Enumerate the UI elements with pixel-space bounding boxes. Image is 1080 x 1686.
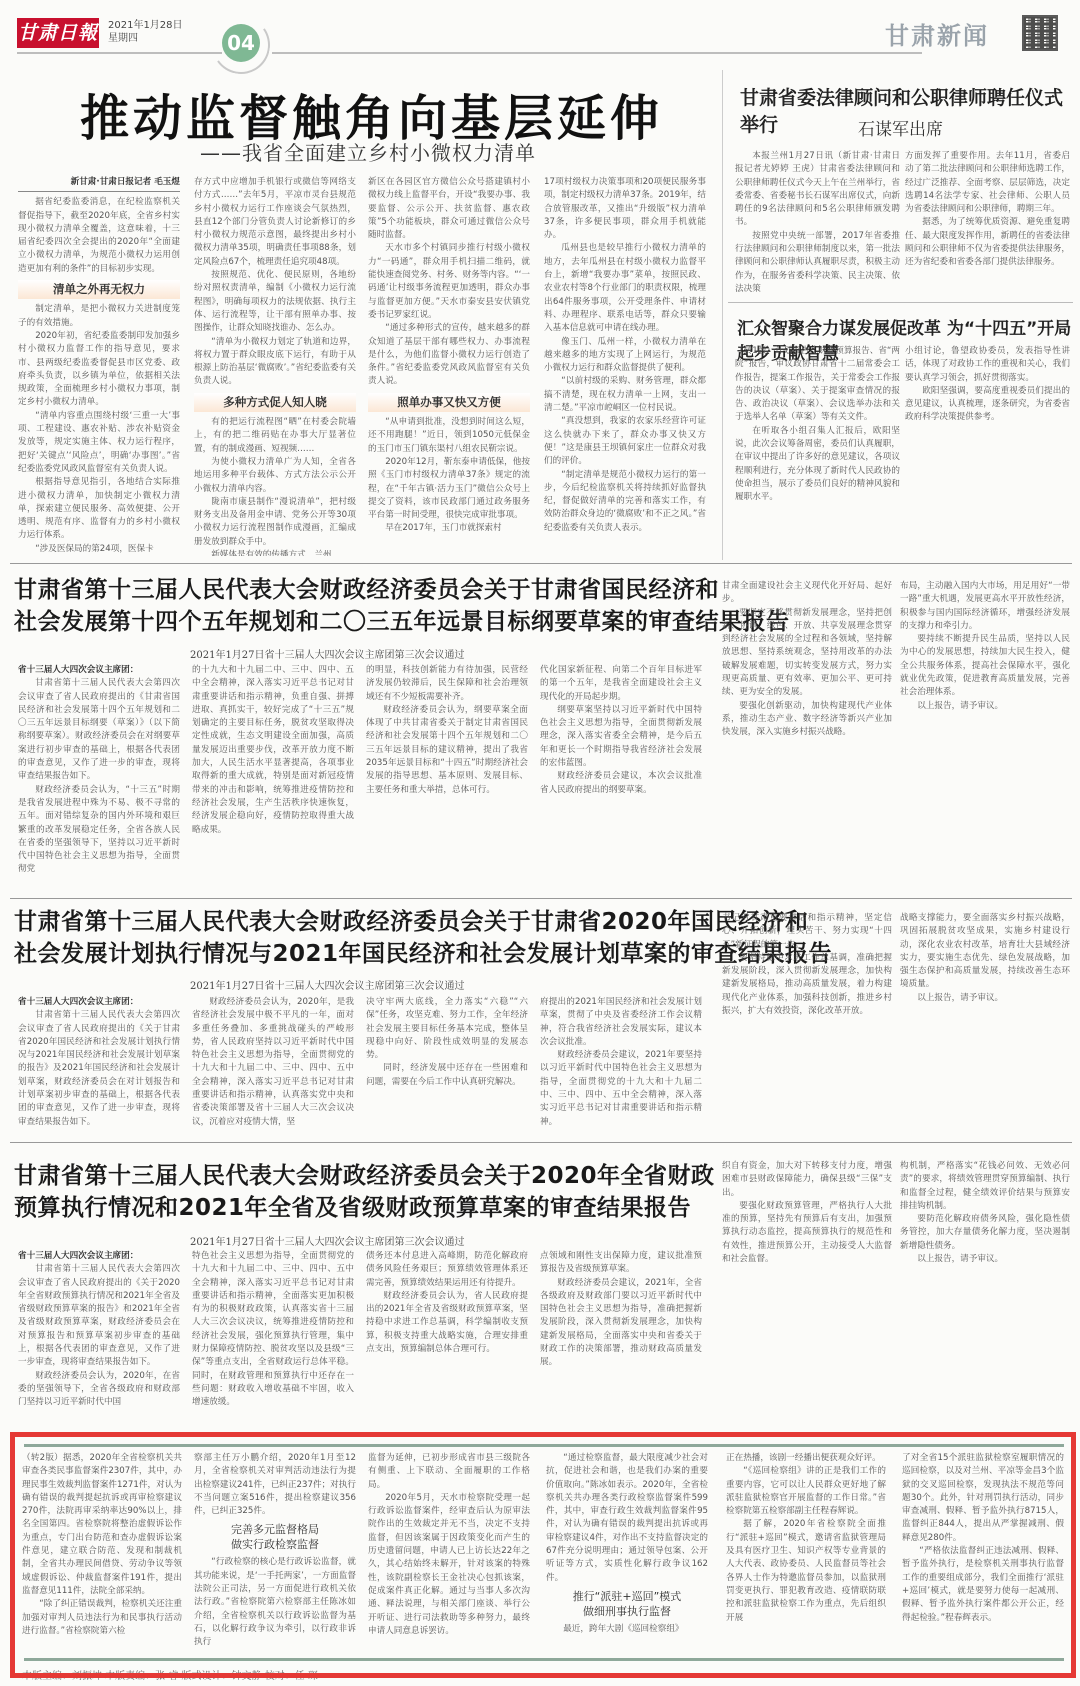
report-3-passed-note: 2021年1月27日省十三届人大四次会议主席团第三次会议通过 (190, 1233, 465, 1248)
section-title: 甘肃新闻 (885, 16, 989, 51)
paragraph: 据省纪委监委消息，在纪检监察机关督促指导下，截至2020年底，全省乡村实现小微权… (18, 196, 180, 276)
paragraph: 按照规范、优化、便民原则，各地纷纷对照权责清单，编制《小微权力运行流程图》，明确… (194, 269, 356, 335)
paragraph: 特色社会主义思想为指导，全面贯彻党的十九大和十九届二中、三中、四中、五中全会精神… (192, 1250, 354, 1410)
report-3-column-5: 织自有资金，加大对下转移支付力度，增强困难市县财政保障能力，确保县级“三保”支出… (722, 1160, 892, 1420)
paragraph: 甘肃省第十三届人民代表大会第四次会议审查了省人民政府提出的《甘肃省国民经济和社会… (18, 677, 180, 783)
report-1-headline: 甘肃省第十三届人民代表大会财政经济委员会关于甘肃省国民经济和 社会发展第十四个五… (14, 574, 790, 638)
paragraph: 同时，经济发展中还存在一些困难和问题，需要在今后工作中认真研究解决。 (366, 1062, 528, 1089)
paragraph: 要防范化解政府债务风险，强化隐性债务管控，加大存量债务化解力度，坚决遏制新增隐性… (900, 1213, 1070, 1253)
report-3-headline-line-1: 甘肃省第十三届人民代表大会财政经济委员会关于2020年全省财政 (14, 1160, 715, 1192)
paragraph: 有的把运行流程图“晒”在村委会院墙上，有的把二维码贴在办事大厅显著位置，有的制成… (194, 416, 356, 456)
highlight-top-rule (24, 1444, 1064, 1447)
paragraph: 以上报告，请予审议。 (900, 1253, 1070, 1266)
column-divider (722, 70, 723, 560)
paragraph: 察部主任万小鹏介绍，2020年1月至12月，全省检察机关对审判活动违法行为提出检… (194, 1452, 356, 1518)
paragraph: 17项村级权力决策事项和20项便民服务事项，制定村级权力清单37条。2019年，… (544, 176, 706, 242)
report-1-column-2: 的十九大和十九届二中、三中、四中、五中全会精神，深入落实习近平总书记对甘肃重要讲… (192, 664, 354, 894)
paragraph: “清单内容重点围绕村级‘三重一大’事项、工程建设、惠农补贴、涉农补贴资金发放等，… (18, 410, 180, 476)
lead-subhead-1: 清单之外再无权力 (18, 280, 180, 299)
highlight-column-4: “通过检察监督，最大限度减少社会对抗，促进社会和谐，也是我们办案的重要价值取向。… (546, 1452, 708, 1652)
weekday-text: 星期四 (108, 32, 183, 45)
section-divider (10, 563, 1072, 564)
report-2-column-6: 战略支撑能力，要全面落实乡村振兴战略，巩固拓展脱贫攻坚成果，实施乡村建设行动，深… (900, 912, 1070, 1132)
paragraph: 纲要草案坚持以习近平新时代中国特色社会主义思想为指导，全面贯彻新发展理念，深入落… (540, 704, 702, 770)
paragraph: 的十九大和十九届二中、三中、四中、五中全会精神，深入落实习近平总书记对甘肃重要讲… (192, 664, 354, 837)
salutation: 省十三届人大四次会议主席团： (18, 996, 180, 1009)
issue-date: 2021年1月28日 星期四 (108, 19, 183, 45)
lead-column-2: 存方式中应增加手机银行或微信等网络支付方式……”去年5月，平凉市灵台县规范乡村小… (194, 176, 356, 556)
paragraph: “严格依法监督纠正违法减刑、假释、暂予监外执行，是检察机关刑事执行监督工作的重要… (902, 1545, 1064, 1625)
section-divider (10, 1142, 1072, 1143)
highlight-column-5: 正在热播，该剧一经播出便获观众好评。 “《巡回检察组》讲的正是我们工作的重要内容… (726, 1452, 886, 1652)
paragraph: （转1版）计划报告、财政预算报告、省“两院”报告，审议政协甘肃省十二届常委会工作… (735, 345, 900, 425)
paragraph: 财政经济委员会认为，2020年，是我省经济社会发展中极不平凡的一年，面对多重任务… (192, 996, 354, 1129)
paragraph: “以前村级的采购、财务管理，群众都搞不清楚，现在权力清单一上网，支出一清二楚。”… (544, 375, 706, 415)
right-article-2-column-1: （转1版）计划报告、财政预算报告、省“两院”报告，审议政协甘肃省十二届常委会工作… (735, 345, 900, 555)
paragraph: 要强化财政预算管理，严格执行人大批准的预算，坚持先有预算后有支出，加强预算执行动… (722, 1200, 892, 1266)
report-3-column-3: 债务还本付息进入高峰期，防范化解政府债务风险任务艰巨；预算绩效管理体系还需完善，… (366, 1250, 528, 1420)
report-2-column-3: 决守牢两大底线，全力落实“六稳”“六保”任务，攻坚克难、努力工作，全年经济社会发… (366, 996, 528, 1131)
paragraph: 方面发挥了重要作用。去年11月，省委启动了第二批法律顾问和公职律师选聘工作，经过… (905, 150, 1070, 216)
highlight-column-1: （转2版）据悉，2020年全省检察机关共审查各类民事监督案件2307件，其中，办… (22, 1452, 182, 1652)
masthead-divider (17, 52, 222, 54)
report-2-passed-note: 2021年1月27日省十三届人大四次会议主席团第三次会议通过 (190, 977, 465, 992)
report-2-headline: 甘肃省第十三届人民代表大会财政经济委员会关于甘肃省2020年国民经济和 社会发展… (14, 906, 832, 970)
paragraph: 制定清单，是把小微权力关进制度笼子的有效措施。 (18, 303, 180, 330)
paragraph: 瓜州县也是较早推行小微权力清单的地方，去年瓜州县在村级小微权力监督平台上，新增“… (544, 242, 706, 335)
article-divider (728, 302, 1073, 303)
paragraph: 甘肃省第十三届人民代表大会第四次会议审查了省人民政府提出的《关于甘肃省2020年… (18, 1009, 180, 1129)
report-3-column-6: 构机制，严格落实“花钱必问效、无效必问责”的要求，将绩效管理贯穿预算编制、执行和… (900, 1160, 1070, 1420)
paragraph: 要持续不断提升民生品质，坚持以人民为中心的发展思想，持续加大民生投入，健全公共服… (900, 633, 1070, 699)
paragraph: 早在2017年，玉门市就探索村 (368, 522, 530, 535)
salutation: 省十三届人大四次会议主席团： (18, 1250, 180, 1263)
paragraph: 要坚持稳中求进工作总基调，准确把握新发展阶段，深入贯彻新发展理念，加快构建新发展… (722, 952, 892, 1018)
paragraph: 甘肃全面建设社会主义现代化开好局、起好步。 (722, 580, 892, 607)
paragraph: 书记对甘肃重要讲话和指示精神，坚定信心、开拓创新，埋头苦干、努力实现“十四五”新… (722, 912, 892, 952)
paragraph: 要强化创新驱动，加快构建现代产业体系，推动生态产业、数字经济等新兴产业加快发展，… (722, 700, 892, 740)
paragraph: 织自有资金，加大对下转移支付力度，增强困难市县财政保障能力，确保县级“三保”支出… (722, 1160, 892, 1200)
paragraph: 甘肃省第十三届人民代表大会第四次会议审查了省人民政府提出的《关于2020年全省财… (18, 1263, 180, 1369)
paragraph: 按照党中央统一部署，2017年省委推行法律顾问和公职律师制度以来，第一批法律顾问… (735, 230, 900, 296)
paragraph: “从申请到批准，没想到时间这么短，还不用跑腿！”近日，领到1050元低保金的玉门… (368, 416, 530, 456)
paragraph: 存方式中应增加手机银行或微信等网络支付方式……”去年5月，平凉市灵台县规范乡村小… (194, 176, 356, 269)
report-1-headline-line-2: 社会发展第十四个五年规划和二〇三五年远景目标纲要草案的审查结果报告 (14, 606, 790, 638)
paragraph: 据悉，为了统筹优质资源、避免重复聘任、最大限度发挥作用，新聘任的省委法律顾问和公… (905, 216, 1070, 269)
paragraph: 财政经济委员会认为，“十三五”时期是我省发展进程中殊为不易、极不寻常的五年。面对… (18, 784, 180, 877)
paragraph: 在听取各小组召集人汇报后，欧阳坚说，此次会议筹备周密，委员们认真履职，在审议中提… (735, 425, 900, 505)
report-2-column-1: 省十三届人大四次会议主席团： 甘肃省第十三届人民代表大会第四次会议审查了省人民政… (18, 996, 180, 1131)
lead-subheadline: ——我省全面建立乡村小微权力清单 (200, 137, 536, 166)
paragraph: 财政经济委员会建议，本次会议批准省人民政府提出的纲要草案。 (540, 770, 702, 797)
paragraph: 财政经济委员会认为，省人民政府提出的2021年全省及省级财政预算草案，坚持稳中求… (366, 1290, 528, 1356)
paragraph: 新区在各园区官方微信公众号搭建镇村小微权力线上监督平台，开设“我要办事、我要监督… (368, 176, 530, 242)
page-number-badge: 04 (222, 24, 260, 62)
report-3-column-2: 特色社会主义思想为指导，全面贯彻党的十九大和十九届二中、三中、四中、五中全会精神… (192, 1250, 354, 1420)
report-3-headline-line-2: 预算执行情况和2021年全省及省级财政预算草案的审查结果报告 (14, 1192, 715, 1224)
paragraph: 点领域和刚性支出保障力度，建议批准预算报告及省级预算草案。 (540, 1250, 702, 1277)
paragraph: 最近，跨年大剧《巡回检察组》 (546, 1623, 708, 1636)
paragraph: 小组讨论，鲁望政协委员，发表指导性讲话，体现了对政协工作的重视和关心，我们要认真… (905, 345, 1070, 385)
lead-byline: 新甘肃·甘肃日报记者 毛玉煜 (18, 176, 180, 192)
paragraph: 财政经济委员会认为，纲要草案全面体现了中共甘肃省委关于制定甘肃省国民经济和社会发… (366, 704, 528, 797)
paragraph: 决守牢两大底线，全力落实“六稳”“六保”任务，攻坚克难、努力工作，全年经济社会发… (366, 996, 528, 1062)
paragraph: 根据指导意见指引，各地结合实际推进小微权力清单，加快制定小微权力清单，探索建立便… (18, 476, 180, 542)
paragraph: 以上报告，请予审议。 (900, 992, 1070, 1005)
paragraph: “清单为小微权力划定了轨道和边界，将权力置于群众眼皮底下运行，有助于从根源上防治… (194, 336, 356, 389)
report-1-passed-note: 2021年1月27日省十三届人大四次会议主席团第三次会议通过 (190, 646, 465, 661)
paragraph: 了对全省15个派驻监狱检察室履职情况的巡回检察，以及对兰州、平凉等金昌3个监狱的… (902, 1452, 1064, 1545)
paragraph: 以上报告，请予审议。 (900, 700, 1070, 713)
section-divider (10, 898, 1072, 899)
paragraph: 战略支撑能力，要全面落实乡村振兴战略，巩固拓展脱贫攻坚成果，实施乡村建设行动，深… (900, 912, 1070, 992)
paragraph: 天水市多个村镇同步推行村级小微权力“一码通”，群众用手机扫描二维码，就能快速查阅… (368, 242, 530, 322)
paragraph: “制定清单是规范小微权力运行的第一步，今后纪检监察机关将持续抓好监督执纪，督促做… (544, 469, 706, 535)
highlight-bottom-rule (24, 1658, 1064, 1661)
paragraph: 2020年初，省纪委监委制印发加强乡村小微权力监督工作的指导意见，要求市、县两级… (18, 330, 180, 410)
report-2-column-4: 府提出的2021年国民经济和社会发展计划草案，贯彻了中央及省委经济工作会议精神，… (540, 996, 702, 1131)
report-1-column-3: 的明显，科技创新能力有待加强，民营经济发展仍较滞后，民生保障和社会治理领域还有不… (366, 664, 528, 894)
paragraph: 2020年5月，天水市检察院受理一起行政诉讼监督案件，经审查后认为原审法院作出的… (368, 1492, 530, 1638)
lead-subhead-3: 照单办事又快又方便 (368, 393, 530, 412)
report-2-headline-line-1: 甘肃省第十三届人民代表大会财政经济委员会关于甘肃省2020年国民经济和 (14, 906, 832, 938)
report-3-headline: 甘肃省第十三届人民代表大会财政经济委员会关于2020年全省财政 预算执行情况和2… (14, 1160, 715, 1224)
paragraph: 据了解，2020年省检察院全面推行“派驻+巡回”模式，邀请省监狱管理局及具有医疗… (726, 1518, 886, 1624)
report-3-column-4: 点领域和刚性支出保障力度，建议批准预算报告及省级预算草案。 财政经济委员会建议，… (540, 1250, 702, 1420)
paragraph: 本报兰州1月27日讯（新甘肃·甘肃日报记者尤婷婷 王虎）甘肃省委法律顾问和公职律… (735, 150, 900, 230)
date-text: 2021年1月28日 (108, 19, 183, 32)
paragraph: 府提出的2021年国民经济和社会发展计划草案，贯彻了中央及省委经济工作会议精神，… (540, 996, 702, 1049)
newspaper-logo: 甘肃日報 (17, 18, 99, 48)
report-2-headline-line-2: 社会发展计划执行情况与2021年国民经济和社会发展计划草案的审查结果报告 (14, 938, 832, 970)
page-footer-credits: 本版主编：刘振坤 本版责编：张 睿 版式设计：钟文静 校对：任 琛 (22, 1667, 318, 1682)
paragraph: 构机制，严格落实“花钱必问效、无效必问责”的要求，将绩效管理贯穿预算编制、执行和… (900, 1160, 1070, 1213)
paragraph: 财政经济委员会建议，2021年要坚持以习近平新时代中国特色社会主义思想为指导，全… (540, 1049, 702, 1129)
paragraph: “行政检察的核心是行政诉讼监督，就其功能来说，是‘一手托两家’，一方面监督法院公… (194, 1556, 356, 1649)
paragraph: “涉及医保局的第24项，医保卡 (18, 543, 180, 556)
highlight-subhead-1: 完善多元监督格局 做实行政检察监督 (194, 1522, 356, 1552)
paragraph: 陇南市康县制作“漫说清单”，把村级财务支出及备用金申请、党务公开等30项小微权力… (194, 496, 356, 549)
highlight-column-3: 监督为延伸，已初步形成省市县三级院各有侧重、上下联动、全面履职的工作格局。 20… (368, 1452, 530, 1652)
paragraph: 财政经济委员会认为，2020年，在省委的坚强领导下，全省各级政府和财政部门坚持以… (18, 1370, 180, 1410)
report-1-headline-line-1: 甘肃省第十三届人民代表大会财政经济委员会关于甘肃省国民经济和 (14, 574, 790, 606)
paragraph: 要坚定不移贯彻新发展理念，坚持把创新、协调、绿色、开放、共享发展理念贯穿到经济社… (722, 607, 892, 700)
report-1-column-4: 代化国家新征程、向第二个百年目标进军的第一个五年，是我省全面建设社会主义现代化的… (540, 664, 702, 894)
paragraph: 新媒体是有效的传播方式，兰州 (194, 549, 356, 556)
report-1-column-6: 布局，主动融入国内大市场，用足用好“一带一路”重大机遇，发展更高水平开放性经济，… (900, 580, 1070, 894)
highlight-subhead-2: 推行“派驻+巡回”模式 做细刑事执行监督 (546, 1589, 708, 1619)
lead-subhead-2: 多种方式促人知人晓 (194, 393, 356, 412)
masthead-divider-right (272, 52, 922, 54)
paragraph: “除了纠正错误裁判，检察机关还注重加强对审判人员违法行为和民事执行活动进行监督。… (22, 1598, 182, 1638)
paragraph: “《巡回检察组》讲的正是我们工作的重要内容，它可以让人民群众更好地了解派驻监狱检… (726, 1465, 886, 1518)
report-3-column-1: 省十三届人大四次会议主席团： 甘肃省第十三届人民代表大会第四次会议审查了省人民政… (18, 1250, 180, 1420)
right-article-1-column-1: 本报兰州1月27日讯（新甘肃·甘肃日报记者尤婷婷 王虎）甘肃省委法律顾问和公职律… (735, 150, 900, 300)
report-1-column-1: 省十三届人大四次会议主席团： 甘肃省第十三届人民代表大会第四次会议审查了省人民政… (18, 664, 180, 894)
paragraph: 代化国家新征程、向第二个百年目标进军的第一个五年，是我省全面建设社会主义现代化的… (540, 664, 702, 704)
paragraph: 欧阳坚强调，要高度重视委员们提出的意见建议，认真梳理，逐条研究，为省委省政府科学… (905, 385, 1070, 425)
paragraph: “真没想到，我家的农家乐经营许可证这么快就办下来了，群众办事又快又方便！”这是康… (544, 415, 706, 468)
right-article-2-column-2: 小组讨论，鲁望政协委员，发表指导性讲话，体现了对政协工作的重视和关心，我们要认真… (905, 345, 1070, 555)
right-article-1-column-2: 方面发挥了重要作用。去年11月，省委启动了第二批法律顾问和公职律师选聘工作，经过… (905, 150, 1070, 300)
paragraph: 2020年12月，靳东泰申请低保，他按照《玉门市村级权力清单37条》规定的流程，… (368, 456, 530, 522)
report-2-column-5: 书记对甘肃重要讲话和指示精神，坚定信心、开拓创新，埋头苦干、努力实现“十四五”新… (722, 912, 892, 1132)
paragraph: 布局，主动融入国内大市场，用足用好“一带一路”重大机遇，发展更高水平开放性经济，… (900, 580, 1070, 633)
paragraph: 为使小微权力清单广为人知，全省各地运用多种平台载体、方式方法公示公开小微权力清单… (194, 456, 356, 496)
report-1-column-5: 甘肃全面建设社会主义现代化开好局、起好步。 要坚定不移贯彻新发展理念，坚持把创新… (722, 580, 892, 894)
highlight-column-6: 了对全省15个派驻监狱检察室履职情况的巡回检察，以及对兰州、平凉等金昌3个监狱的… (902, 1452, 1064, 1652)
highlight-column-2: 察部主任万小鹏介绍，2020年1月至12月，全省检察机关对审判活动违法行为提出检… (194, 1452, 356, 1652)
paragraph: “通过多种形式的宣传，越来越多的群众知道了基层干部有哪些权力、办事流程是什么，为… (368, 322, 530, 388)
highlight-subhead-1-line-2: 做实行政检察监督 (194, 1537, 356, 1552)
lead-column-3: 新区在各园区官方微信公众号搭建镇村小微权力线上监督平台，开设“我要办事、我要监督… (368, 176, 530, 556)
paragraph: 正在热播，该剧一经播出便获观众好评。 (726, 1452, 886, 1465)
highlight-subhead-1-line-1: 完善多元监督格局 (194, 1522, 356, 1537)
salutation: 省十三届人大四次会议主席团： (18, 664, 180, 677)
paragraph: 债务还本付息进入高峰期，防范化解政府债务风险任务艰巨；预算绩效管理体系还需完善，… (366, 1250, 528, 1290)
paragraph: 的明显，科技创新能力有待加强，民营经济发展仍较滞后，民生保障和社会治理领域还有不… (366, 664, 528, 704)
paragraph: “通过检察监督，最大限度减少社会对抗，促进社会和谐，也是我们办案的重要价值取向。… (546, 1452, 708, 1585)
paragraph: （转2版）据悉，2020年全省检察机关共审查各类民事监督案件2307件，其中，办… (22, 1452, 182, 1598)
paragraph: 财政经济委员会建议，2021年，全省各级政府及财政部门要以习近平新时代中国特色社… (540, 1277, 702, 1370)
report-2-column-2: 财政经济委员会认为，2020年，是我省经济社会发展中极不平凡的一年，面对多重任务… (192, 996, 354, 1131)
paragraph: 像玉门、瓜州一样，小微权力清单在越来越多的地方实现了上网运行，为规范小微权力运行… (544, 336, 706, 376)
right-article-1-subheadline: 石谋军出席 (858, 115, 943, 140)
paragraph: 监督为延伸，已初步形成省市县三级院各有侧重、上下联动、全面履职的工作格局。 (368, 1452, 530, 1492)
qr-code-icon[interactable] (1022, 15, 1058, 51)
lead-column-4: 17项村级权力决策事项和20项便民服务事项，制定村级权力清单37条。2019年，… (544, 176, 706, 556)
highlight-subhead-2-line-1: 推行“派驻+巡回”模式 (546, 1589, 708, 1604)
highlight-subhead-2-line-2: 做细刑事执行监督 (546, 1604, 708, 1619)
lead-column-1: 新甘肃·甘肃日报记者 毛玉煜 据省纪委监委消息，在纪检监察机关督促指导下，截至2… (18, 176, 180, 556)
